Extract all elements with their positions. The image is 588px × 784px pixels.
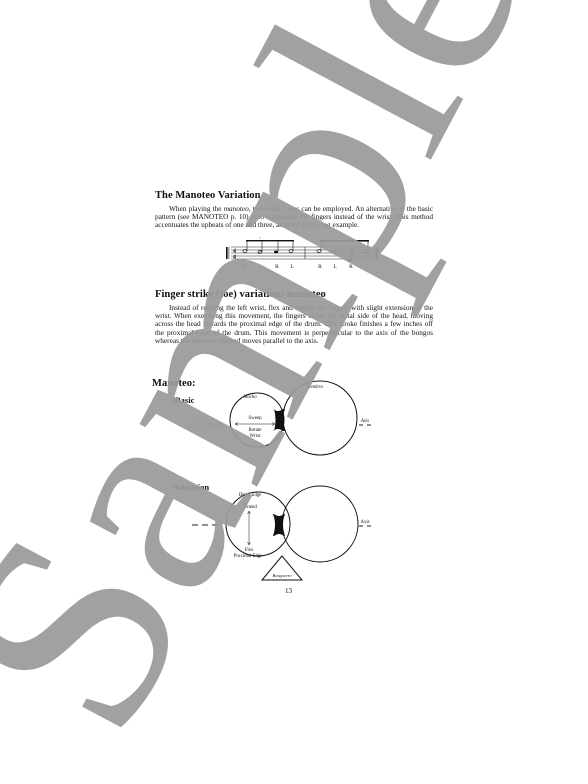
rhythm-notation: 4 4	[225, 236, 385, 272]
sticking-letter: R	[318, 264, 322, 270]
wrist-label: Wrist	[250, 434, 262, 439]
basic-diagram: Macho Hembra Sweep Rotate Wrist Axis	[180, 378, 380, 458]
svg-text:4: 4	[233, 255, 236, 261]
accent-mark: >	[333, 236, 336, 240]
axis-label: Axis	[360, 419, 369, 424]
sticking-letter: R	[349, 264, 353, 270]
sweep-label: Sweep	[248, 416, 262, 421]
flex-label: Flex	[245, 548, 254, 553]
paragraph-text: Instead of rotating the left wrist, flex…	[155, 303, 433, 345]
variation-diagram: Distal Edge Extend Flex Proximal Edge Ax…	[180, 484, 380, 584]
extend-label: Extend	[243, 505, 257, 510]
hembra-drum	[282, 486, 358, 562]
section-title-manoteo-variation: The Manoteo Variation	[155, 190, 260, 201]
hembra-label: Hembra	[306, 385, 323, 390]
proximal-edge-label: Proximal Edge	[234, 554, 263, 559]
distal-edge-label: Distal Edge	[239, 493, 262, 498]
sticking-letter: L	[290, 264, 294, 270]
sticking-letter: L	[259, 264, 263, 270]
macho-label: Macho	[242, 395, 257, 400]
rotate-label: Rotate	[248, 428, 262, 433]
paragraph-finger-strike: Instead of rotating the left wrist, flex…	[155, 304, 433, 345]
accent-mark: >	[259, 236, 262, 240]
sticking-letter: R	[275, 264, 279, 270]
paragraph-manoteo-variation: When playing the manoteo, two main style…	[155, 205, 433, 230]
axis-label: Axis	[360, 520, 369, 525]
section-title-finger-strike: Finger strike (toe) variation: manoteo	[155, 289, 326, 300]
page-number: 13	[285, 587, 292, 595]
bongo-connector	[273, 514, 285, 536]
sticking-letter: L	[333, 264, 337, 270]
sticking-letter: L	[365, 264, 369, 270]
bongocero-label: Bongocero	[272, 573, 292, 578]
document-page: The Manoteo Variation When playing the m…	[0, 0, 588, 784]
sticking-letter: R	[243, 264, 247, 270]
hembra-drum	[283, 381, 357, 455]
